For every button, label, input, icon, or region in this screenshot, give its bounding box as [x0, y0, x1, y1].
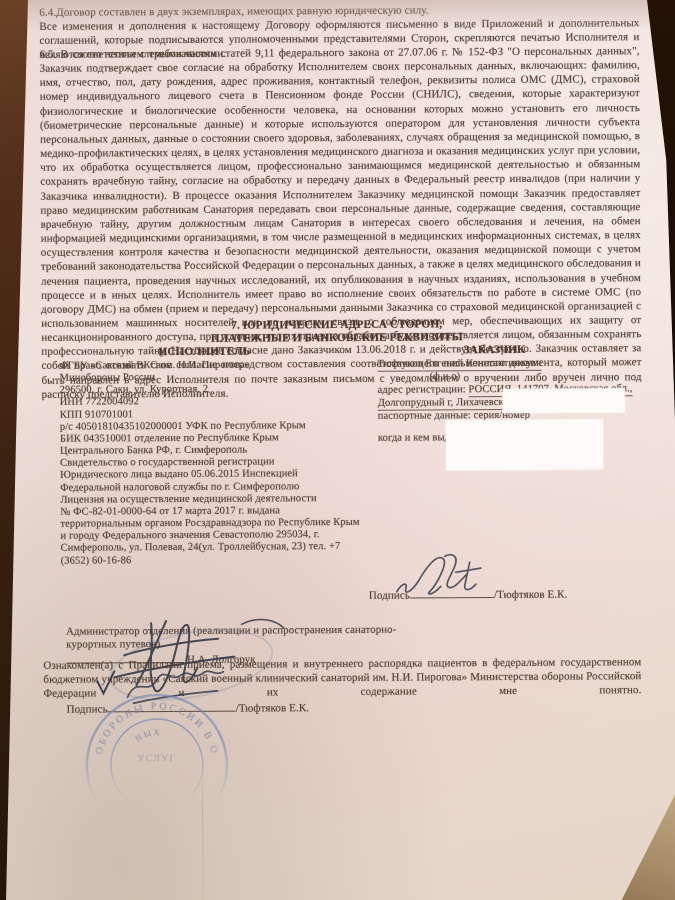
- signature-name: /Тюфтяков Е.К.: [494, 589, 567, 601]
- executor-line: Симферополь, ул. Полевая, 24(ул. Троллей…: [61, 541, 373, 555]
- fio-note: (ф.и.о): [430, 369, 640, 383]
- document-content: 6.4.Договор составлен в двух экземплярах…: [0, 0, 675, 900]
- executor-heading: ИСПОЛНИТЕЛЬ: [39, 345, 369, 359]
- photo-top-fade: [0, 0, 675, 30]
- redaction-box: [446, 419, 603, 470]
- customer-signature-ink-1: [393, 551, 503, 600]
- customer-heading: ЗАКАЗЧИК: [379, 343, 609, 356]
- photographed-contract-page: 6.4.Договор составлен в двух экземплярах…: [0, 0, 675, 900]
- svg-text:НЫХ: НЫХ: [133, 727, 162, 744]
- executor-details: ФГБУ «Сакский ВКС им. Н.И. Пирогова» Мин…: [59, 359, 372, 568]
- paper-sheet: 6.4.Договор составлен в двух экземплярах…: [0, 0, 675, 900]
- section-7-heading: 7. ЮРИДИЧЕСКИЕ АДРЕСА СТОРОН, ПЛАТЕЖНЫЕ …: [0, 317, 674, 347]
- redaction-box: [503, 388, 625, 413]
- round-stamp: ОБОРОНЫ РОССИИ В О НЫХ УСЛУГ: [51, 676, 262, 827]
- stamp-inner-arc-text: НЫХ: [133, 727, 162, 744]
- address-label: адрес регистрации:: [378, 384, 466, 396]
- executor-line: (3652) 60-16-86: [61, 553, 373, 567]
- stamp-inner-text: УСЛУГ: [137, 754, 176, 764]
